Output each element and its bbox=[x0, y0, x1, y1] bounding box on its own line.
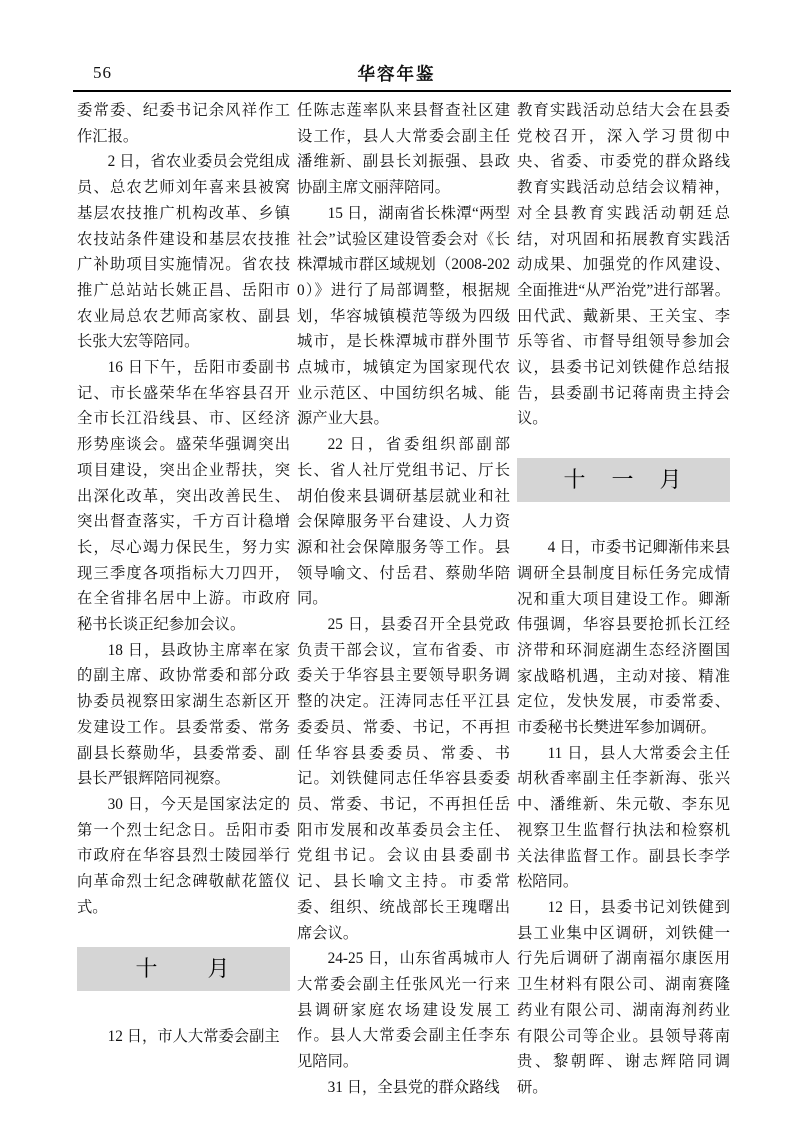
paragraph: 任陈志莲率队来县督查社区建设工作，县人大常委会副主任潘维新、副县长刘振强、县政协… bbox=[297, 98, 510, 201]
paragraph: 2 日，省农业委员会党组成员、总农艺师刘年喜来县被窝基层农技推广机构改革、乡镇农… bbox=[77, 149, 290, 355]
paragraph: 22 日，省委组织部副部长、省人社厅党组书记、厅长胡伯俊来县调研基层就业和社会保… bbox=[297, 432, 510, 612]
paragraph: 12 日，市人大常委会副主 bbox=[77, 1024, 290, 1050]
paragraph: 教育实践活动总结大会在县委党校召开，深入学习贯彻中央、省委、市委党的群众路线教育… bbox=[517, 98, 730, 432]
page-title: 华容年鉴 bbox=[0, 61, 793, 86]
header-rule bbox=[73, 90, 731, 92]
paragraph: 4 日，市委书记卿渐伟来县调研全县制度目标任务完成情况和重大项目建设工作。卿渐伟… bbox=[517, 535, 730, 741]
paragraph: 16 日下午，岳阳市委副书记、市长盛荣华在华容县召开全市长江沿线县、市、区经济形… bbox=[77, 355, 290, 638]
month-heading-november: 十 一 月 bbox=[517, 458, 730, 502]
paragraph: 12 日，县委书记刘铁健到县工业集中区调研，刘铁健一行先后调研了湖南福尔康医用卫… bbox=[517, 895, 730, 1101]
month-heading-october: 十 月 bbox=[77, 947, 290, 991]
paragraph: 15 日，湖南省长株潭“两型社会”试验区建设管委会对《长株潭城市群区域规划（20… bbox=[297, 201, 510, 432]
column-3: 教育实践活动总结大会在县委党校召开，深入学习贯彻中央、省委、市委党的群众路线教育… bbox=[517, 98, 730, 1101]
yearbook-page: 56 华容年鉴 委常委、纪委书记余风祥作工作汇报。 2 日，省农业委员会党组成员… bbox=[0, 0, 793, 1122]
paragraph: 18 日，县政协主席率在家的副主席、政协常委和部分政协委员视察田家湖生态新区开发… bbox=[77, 638, 290, 792]
paragraph: 31 日，全县党的群众路线 bbox=[297, 1075, 510, 1101]
paragraph: 24-25 日，山东省禹城市人大常委会副主任张风光一行来县调研家庭农场建设发展工… bbox=[297, 946, 510, 1075]
column-1: 委常委、纪委书记余风祥作工作汇报。 2 日，省农业委员会党组成员、总农艺师刘年喜… bbox=[77, 98, 290, 1049]
paragraph: 25 日，县委召开全县党政负责干部会议，宣布省委、市委关于华容县主要领导职务调整… bbox=[297, 612, 510, 946]
paragraph: 委常委、纪委书记余风祥作工作汇报。 bbox=[77, 98, 290, 149]
paragraph: 30 日，今天是国家法定的第一个烈士纪念日。岳阳市委市政府在华容县烈士陵园举行向… bbox=[77, 792, 290, 921]
column-2: 任陈志莲率队来县督查社区建设工作，县人大常委会副主任潘维新、副县长刘振强、县政协… bbox=[297, 98, 510, 1100]
paragraph: 11 日，县人大常委会主任胡秋香率副主任李新海、张兴中、潘维新、朱元敬、李东见视… bbox=[517, 741, 730, 895]
